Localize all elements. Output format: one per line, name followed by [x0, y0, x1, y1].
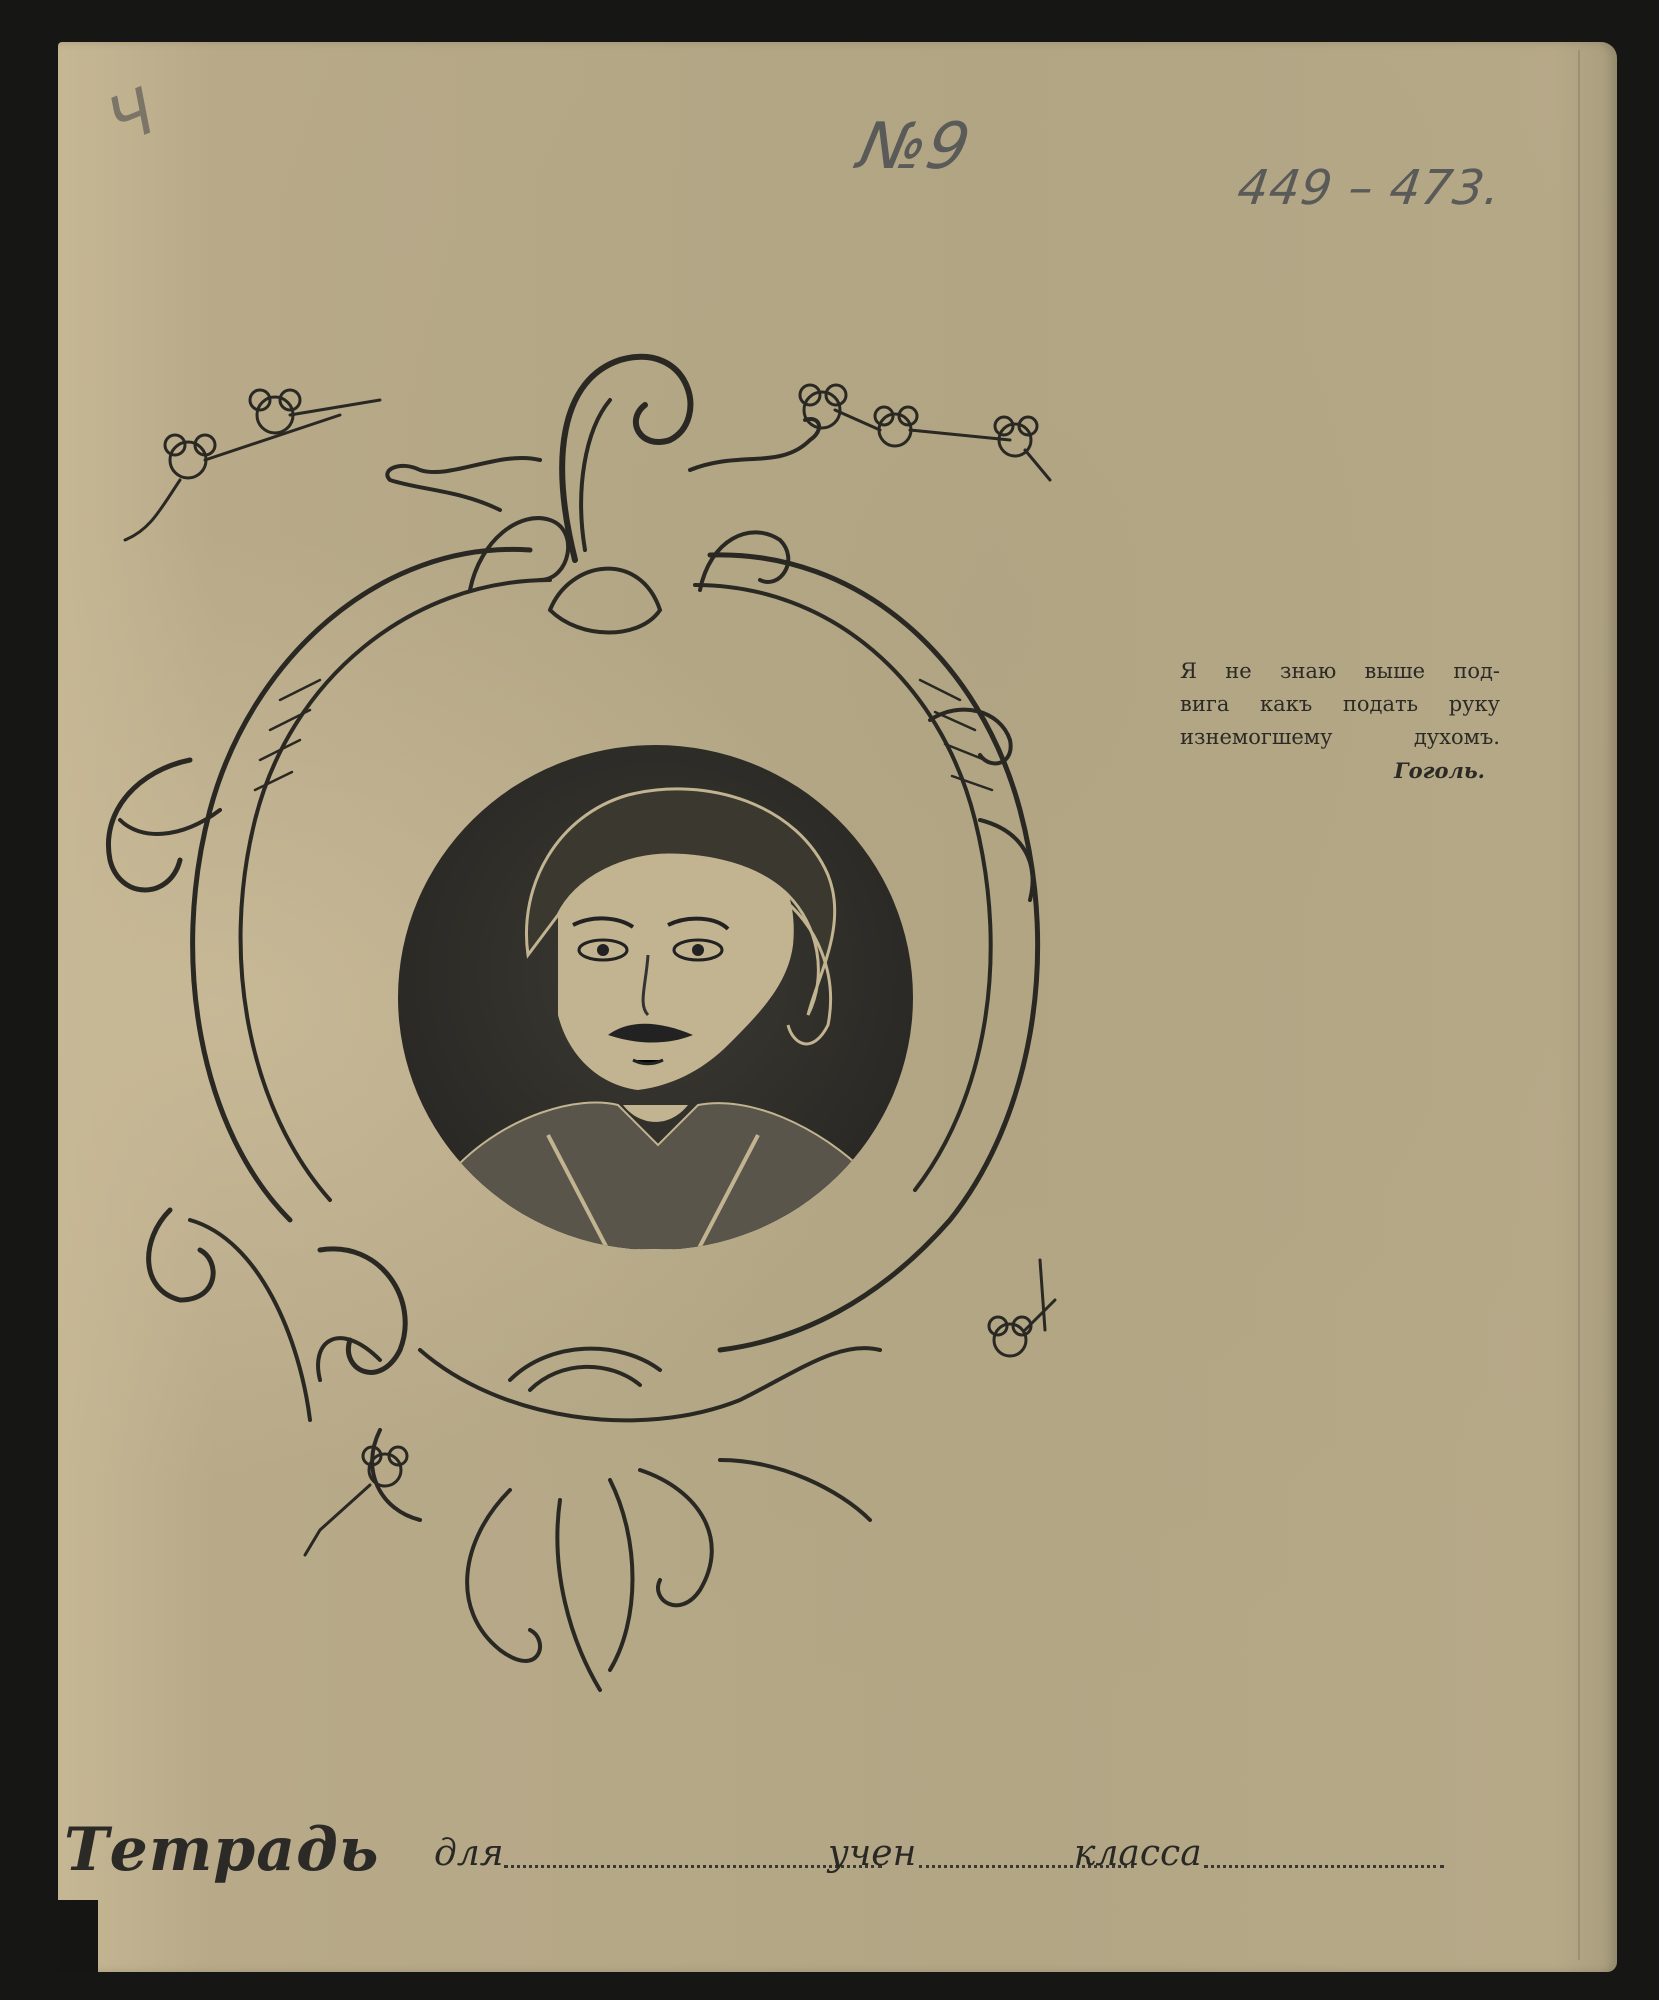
- label-for: для: [434, 1833, 504, 1874]
- quote-line-2: вига какъ подать руку: [1180, 688, 1500, 721]
- quote-line-1: Я не знаю выше под-: [1180, 655, 1500, 688]
- cover-edge-fold: [1578, 50, 1580, 1960]
- pencil-page-range: 449 – 473.: [1234, 160, 1505, 216]
- quote-line-3: изнемогшему духомъ.: [1180, 721, 1500, 754]
- gogol-quote: Я не знаю выше под- вига какъ подать рук…: [1180, 655, 1500, 787]
- pencil-number-label: №9: [852, 110, 977, 184]
- portrait-medallion: [398, 745, 913, 1250]
- owner-name-blank[interactable]: [504, 1865, 882, 1868]
- label-class: класса: [1074, 1833, 1202, 1874]
- notebook-title: Тетрадь: [64, 1815, 379, 1885]
- class-blank[interactable]: [1204, 1865, 1444, 1868]
- torn-corner: [58, 1900, 98, 1972]
- gogol-portrait-icon: [398, 745, 913, 1250]
- label-student: учен: [828, 1833, 916, 1874]
- quote-author: Гоголь.: [1180, 754, 1500, 787]
- notebook-label-line: Тетрадь для учен класса: [64, 1815, 1444, 1885]
